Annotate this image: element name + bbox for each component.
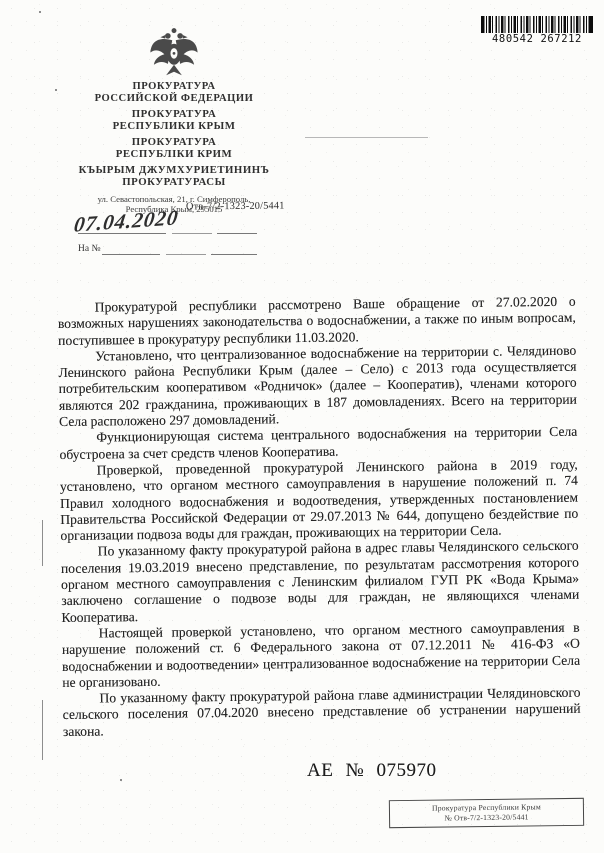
blank-form-number: АЕ № 075970 — [307, 760, 436, 782]
date-underline — [217, 233, 257, 234]
registration-stamp-number: № Отв-7/2-1323-20/5441 — [392, 811, 581, 823]
org-name-crimea-tat: КЪЫРЫМ ДЖУМХУРИЕТИНИНЪ ПРОКУРАТУРАСЫ — [66, 165, 282, 188]
org-name-rf-line1: ПРОКУРАТУРА — [66, 81, 282, 93]
letterhead: ПРОКУРАТУРА РОССИЙСКОЙ ФЕДЕРАЦИИ ПРОКУРА… — [66, 26, 282, 214]
stamped-reference-number: Отв-7/2-1323-20/5441 — [186, 202, 285, 213]
org-name-crimea-ru-line2: РЕСПУБЛИКИ КРЫМ — [66, 121, 282, 133]
paragraph: Настоящей проверкой установлено, что орг… — [62, 620, 581, 692]
org-name-crimea-ru-line1: ПРОКУРАТУРА — [66, 109, 282, 121]
scan-speck — [55, 89, 57, 91]
reply-underline — [211, 254, 257, 255]
scan-edge-mark — [42, 520, 43, 566]
paragraph: По указанному факту прокуратурой района … — [61, 538, 580, 626]
scan-speck — [39, 11, 41, 13]
org-name-rf: ПРОКУРАТУРА РОССИЙСКОЙ ФЕДЕРАЦИИ — [66, 81, 282, 104]
org-name-crimea-ua-line2: РЕСПУБЛІКИ КРИМ — [66, 149, 282, 161]
scanned-letter-page: 480542 267212 ПР — [0, 0, 604, 853]
reply-underline — [166, 254, 206, 255]
org-name-crimea-ru: ПРОКУРАТУРА РЕСПУБЛИКИ КРЫМ — [66, 109, 282, 132]
addressee-line — [305, 137, 428, 138]
reply-number-label: На № — [78, 244, 101, 254]
barcode-digits: 480542 267212 — [481, 33, 593, 45]
paragraph: Проверкой, проведенной прокуратурой Лени… — [60, 457, 579, 545]
date-underline — [172, 233, 212, 234]
org-name-crimea-ua: ПРОКУРАТУРА РЕСПУБЛІКИ КРИМ — [66, 137, 282, 160]
org-name-crimea-tat-line1: КЪЫРЫМ ДЖУМХУРИЕТИНИНЪ — [66, 165, 282, 177]
paragraph: По указанному факту прокуратурой района … — [62, 685, 581, 740]
scan-edge-mark — [42, 700, 43, 760]
org-name-crimea-tat-line2: ПРОКУРАТУРАСЫ — [66, 177, 282, 189]
registration-stamp: Прокуратура Республики Крым № Отв-7/2-13… — [389, 798, 584, 828]
barcode: 480542 267212 — [481, 16, 593, 45]
org-name-rf-line2: РОССИЙСКОЙ ФЕДЕРАЦИИ — [66, 93, 282, 105]
org-name-crimea-ua-line1: ПРОКУРАТУРА — [66, 137, 282, 149]
letter-body: Прокуратурой республики рассмотрено Ваше… — [58, 294, 581, 740]
scan-speck — [120, 779, 122, 781]
russian-coat-of-arms-icon — [66, 26, 282, 79]
reply-underline — [102, 254, 160, 255]
paragraph: Установлено, что централизованное водосн… — [58, 343, 577, 431]
paragraph: Прокуратурой республики рассмотрено Ваше… — [58, 294, 577, 349]
